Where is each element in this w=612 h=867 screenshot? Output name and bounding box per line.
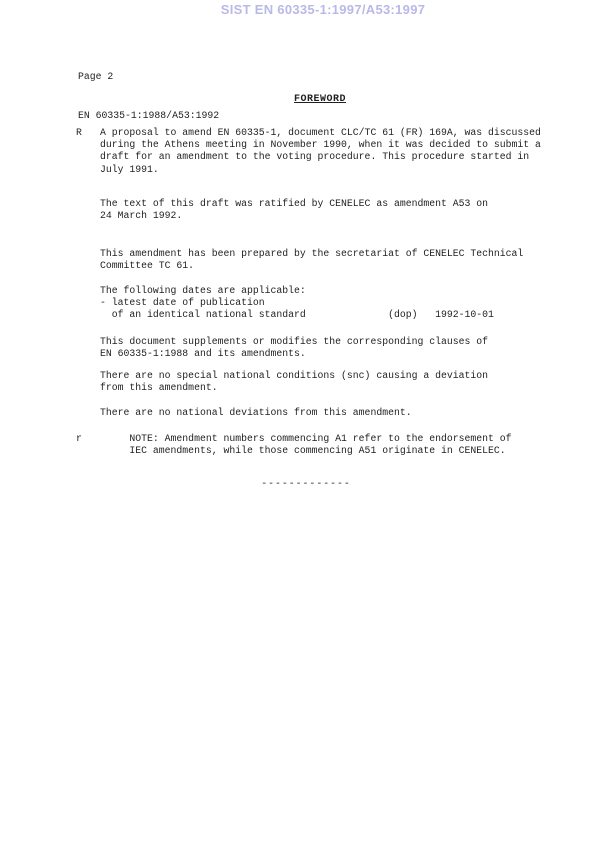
text-line: during the Athens meeting in November 19… <box>100 139 570 151</box>
text-line: draft for an amendment to the voting pro… <box>100 151 570 163</box>
document-page: SIST EN 60335-1:1997/A53:1997 Page 2 EN … <box>0 0 612 867</box>
text-line: IEC amendments, while those commencing A… <box>100 445 570 457</box>
margin-letter: R <box>76 127 82 139</box>
text-line: July 1991. <box>100 164 570 176</box>
paragraph: The following dates are applicable:- lat… <box>100 285 570 322</box>
text-line: 24 March 1992. <box>100 210 570 222</box>
text-line: There are no special national conditions… <box>100 370 570 382</box>
paragraph: The text of this draft was ratified by C… <box>100 198 570 222</box>
text-line: EN 60335-1:1988 and its amendments. <box>100 348 570 360</box>
paragraph: r NOTE: Amendment numbers commencing A1 … <box>100 433 570 457</box>
text-line: of an identical national standard (dop) … <box>100 309 570 321</box>
paragraph: There are no national deviations from th… <box>100 407 570 419</box>
text-line: - latest date of publication <box>100 297 570 309</box>
end-separator: ------------- <box>0 478 612 489</box>
text-line: This amendment has been prepared by the … <box>100 248 570 260</box>
text-line: Committee TC 61. <box>100 260 570 272</box>
text-line: The text of this draft was ratified by C… <box>100 198 570 210</box>
margin-letter: r <box>76 433 82 445</box>
text-line: The following dates are applicable: <box>100 285 570 297</box>
paragraph: This document supplements or modifies th… <box>100 336 570 360</box>
document-reference: EN 60335-1:1988/A53:1992 <box>78 109 219 122</box>
text-line: A proposal to amend EN 60335-1, document… <box>100 127 570 139</box>
text-line: This document supplements or modifies th… <box>100 336 570 348</box>
paragraph: This amendment has been prepared by the … <box>100 248 570 272</box>
paragraph: There are no special national conditions… <box>100 370 570 394</box>
paragraph-container: RA proposal to amend EN 60335-1, documen… <box>100 127 570 458</box>
watermark-header: SIST EN 60335-1:1997/A53:1997 <box>17 2 612 17</box>
paragraph: RA proposal to amend EN 60335-1, documen… <box>100 127 570 176</box>
text-line: There are no national deviations from th… <box>100 407 570 419</box>
foreword-heading: FOREWORD <box>100 94 540 105</box>
page-number: Page 2 <box>78 70 219 83</box>
text-line: NOTE: Amendment numbers commencing A1 re… <box>100 433 570 445</box>
text-line: from this amendment. <box>100 382 570 394</box>
